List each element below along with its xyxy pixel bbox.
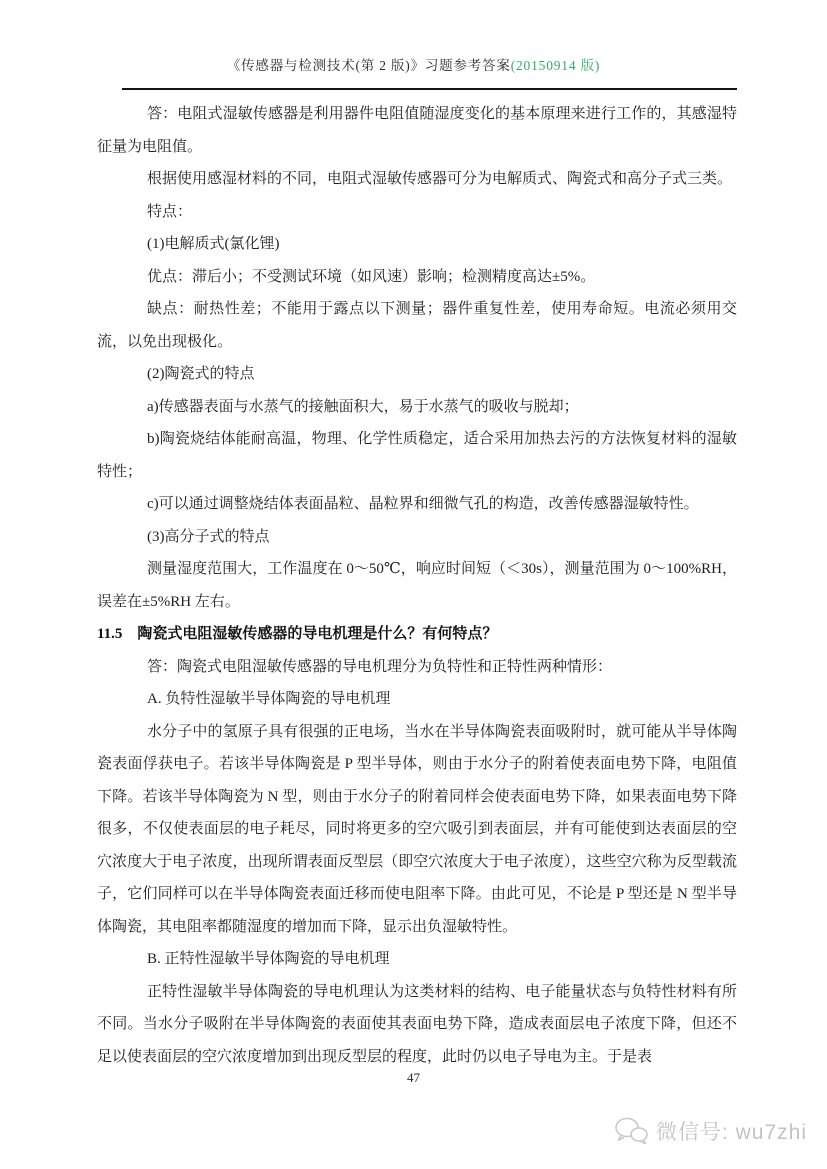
- header-rule: [122, 88, 737, 90]
- section-heading: 11.5 陶瓷式电阻湿敏传感器的导电机理是什么？有何特点？: [97, 618, 737, 651]
- paragraph: 根据使用感湿材料的不同，电阻式湿敏传感器可分为电解质式、陶瓷式和高分子式三类。: [97, 163, 737, 196]
- header-version: (20150914 版): [511, 58, 600, 73]
- paragraph: a)传感器表面与水蒸气的接触面积大，易于水蒸气的吸收与脱却；: [97, 391, 737, 424]
- paragraph: 特点：: [97, 196, 737, 229]
- paragraph: 测量湿度范围大，工作温度在 0～50℃，响应时间短（＜30s），测量范围为 0～…: [97, 553, 737, 618]
- paragraph: B. 正特性湿敏半导体陶瓷的导电机理: [97, 943, 737, 976]
- paragraph: 答：电阻式湿敏传感器是利用器件电阻值随湿度变化的基本原理来进行工作的，其感湿特征…: [97, 98, 737, 163]
- page-number: 47: [0, 1070, 827, 1086]
- wechat-icon: [613, 1116, 649, 1146]
- paragraph: A. 负特性湿敏半导体陶瓷的导电机理: [97, 683, 737, 716]
- paragraph: c)可以通过调整烧结体表面晶粒、晶粒界和细微气孔的构造，改善传感器湿敏特性。: [97, 488, 737, 521]
- paragraph: (3)高分子式的特点: [97, 521, 737, 554]
- page-header: 《传感器与检测技术(第 2 版)》习题参考答案(20150914 版): [0, 54, 827, 74]
- document-page: 《传感器与检测技术(第 2 版)》习题参考答案(20150914 版) 答：电阻…: [0, 0, 827, 1169]
- watermark-text: 微信号: wu7zhi: [656, 1116, 807, 1146]
- watermark: 微信号: wu7zhi: [613, 1116, 807, 1146]
- paragraph: 正特性湿敏半导体陶瓷的导电机理认为这类材料的结构、电子能量状态与负特性材料有所不…: [97, 976, 737, 1074]
- paragraph: (1)电解质式(氯化锂): [97, 228, 737, 261]
- document-body: 答：电阻式湿敏传感器是利用器件电阻值随湿度变化的基本原理来进行工作的，其感湿特征…: [97, 98, 737, 1073]
- paragraph: 缺点：耐热性差；不能用于露点以下测量；器件重复性差，使用寿命短。电流必须用交流，…: [97, 293, 737, 358]
- paragraph: 水分子中的氢原子具有很强的正电场，当水在半导体陶瓷表面吸附时，就可能从半导体陶瓷…: [97, 716, 737, 944]
- paragraph: 答：陶瓷式电阻湿敏传感器的导电机理分为负特性和正特性两种情形：: [97, 651, 737, 684]
- header-title: 《传感器与检测技术(第 2 版)》习题参考答案: [227, 58, 511, 73]
- paragraph: 优点：滞后小；不受测试环境（如风速）影响；检测精度高达±5%。: [97, 261, 737, 294]
- paragraph: (2)陶瓷式的特点: [97, 358, 737, 391]
- paragraph: b)陶瓷烧结体能耐高温，物理、化学性质稳定，适合采用加热去污的方法恢复材料的湿敏…: [97, 423, 737, 488]
